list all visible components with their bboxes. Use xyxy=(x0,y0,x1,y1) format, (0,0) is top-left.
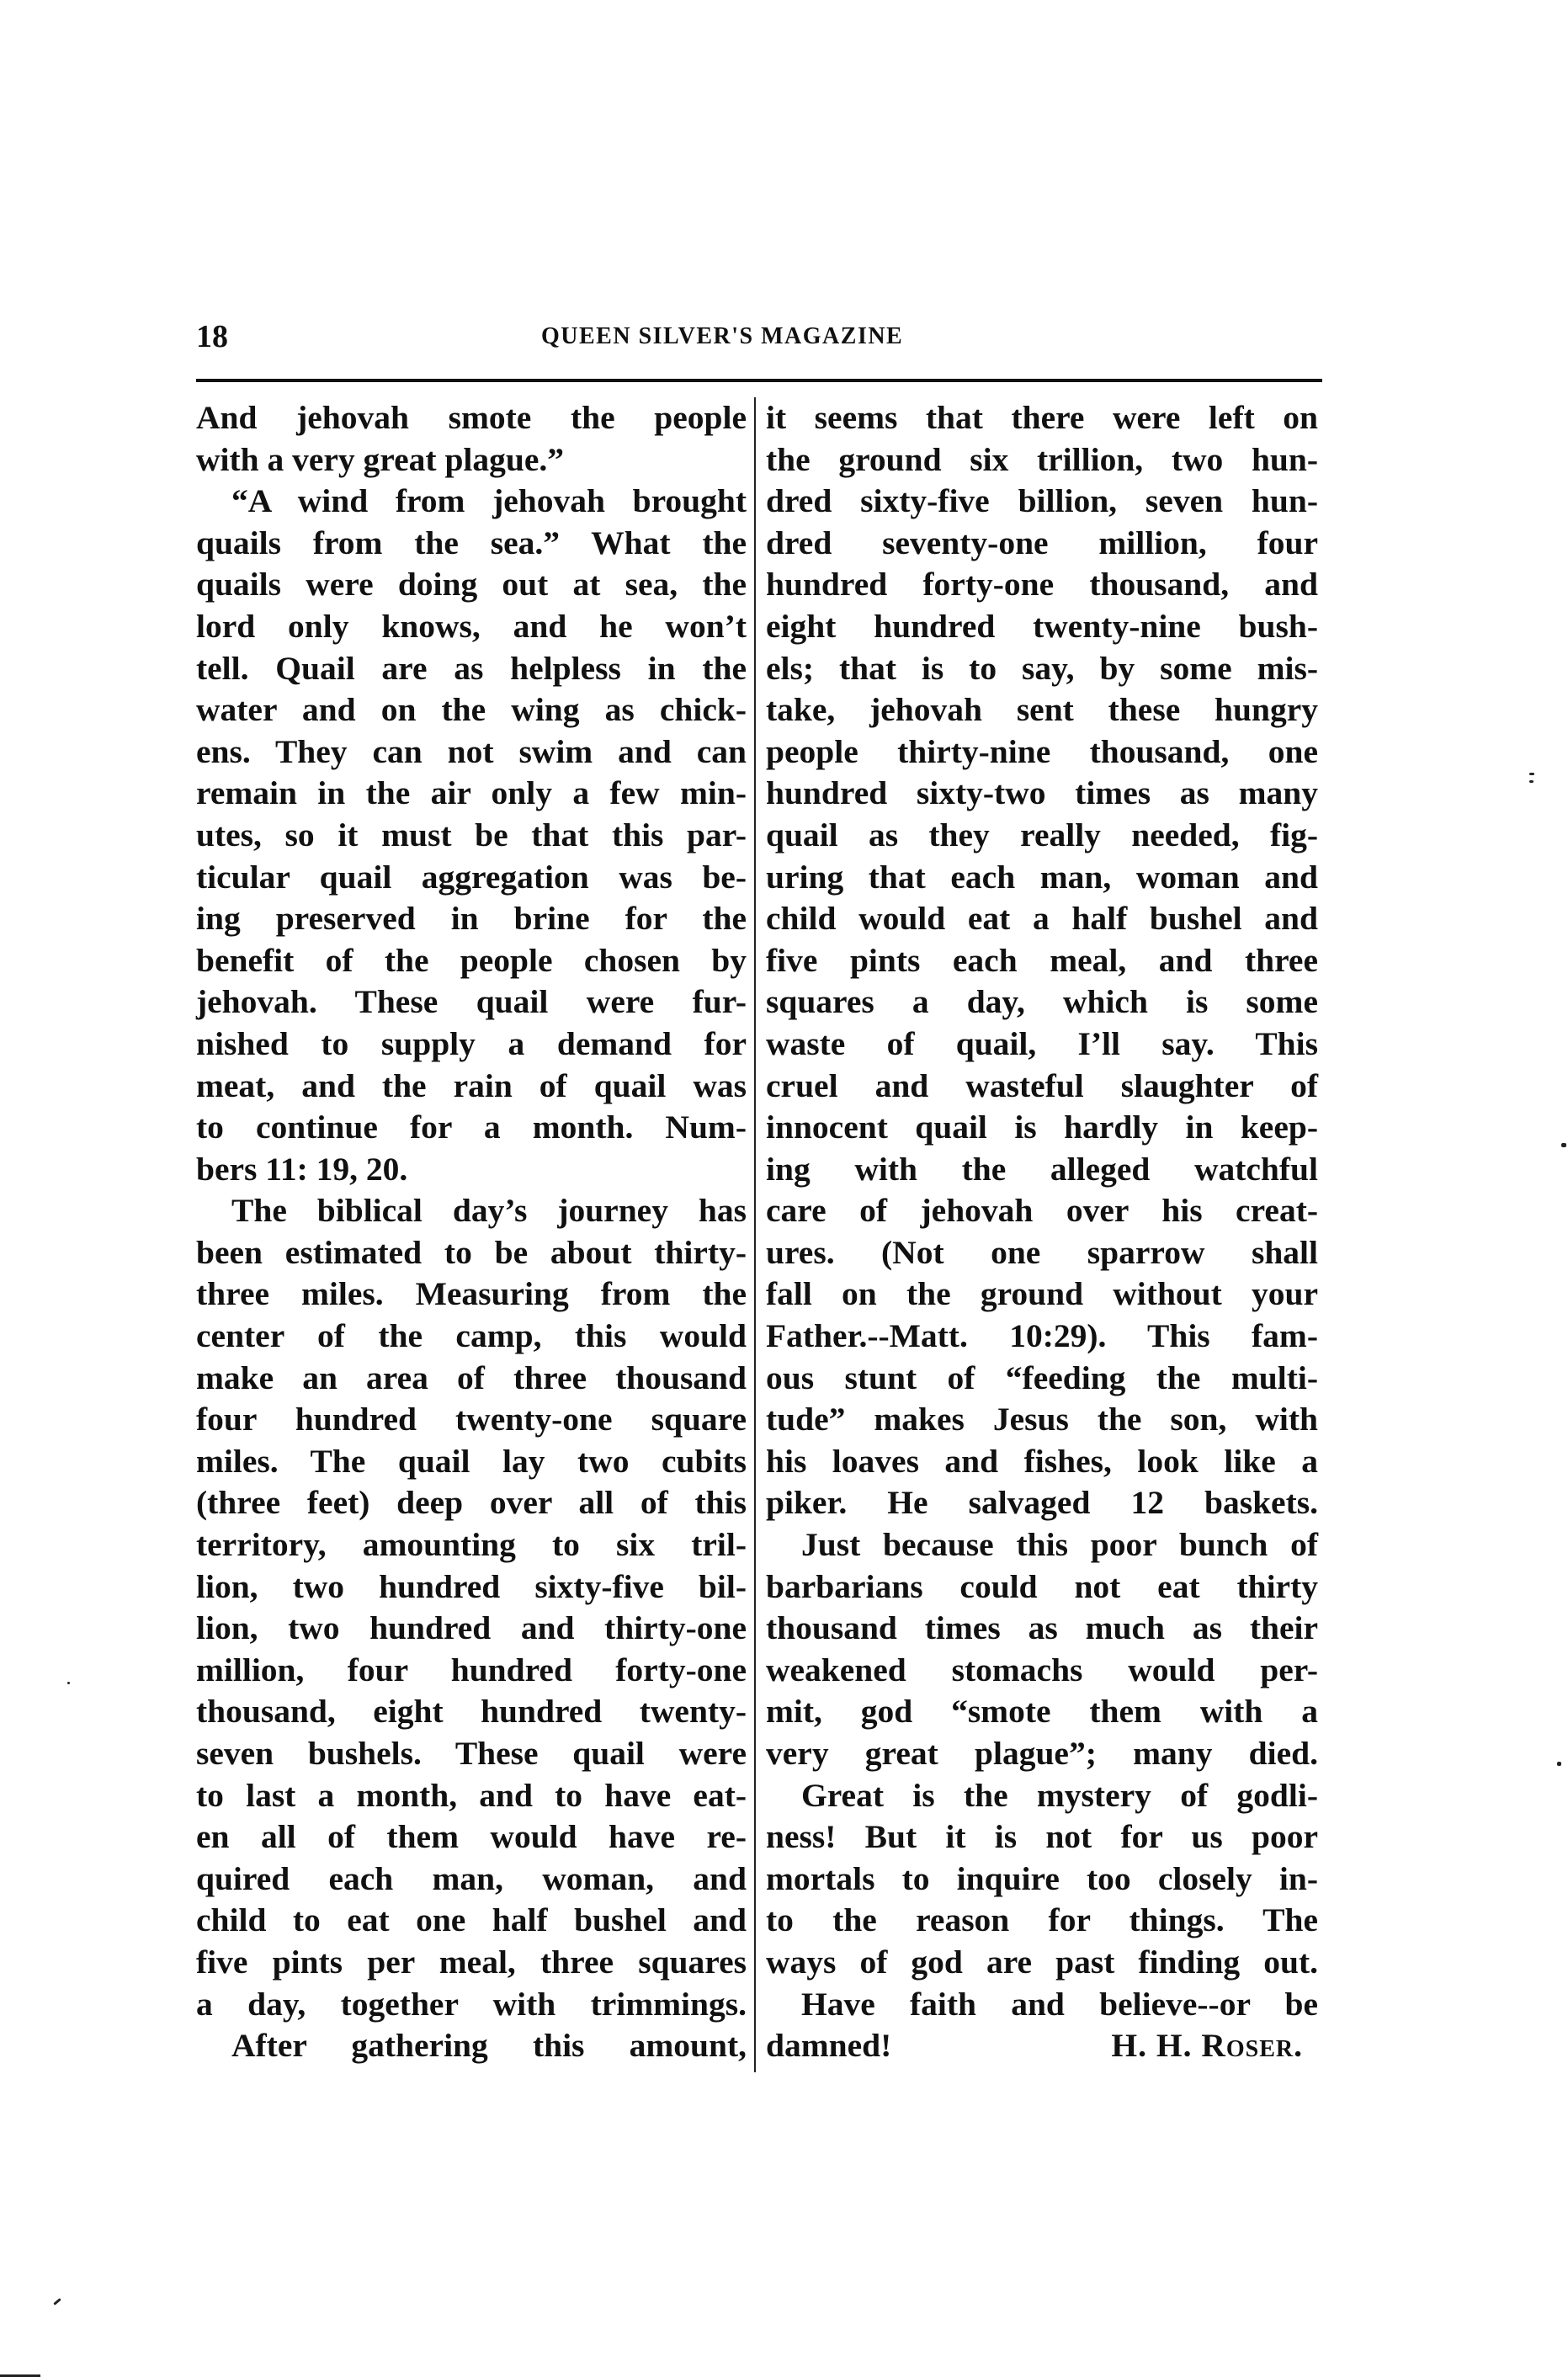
text-line: remain in the air only a few min- xyxy=(196,773,747,815)
scan-speck xyxy=(1561,1143,1566,1147)
text-line: five pints each meal, and three xyxy=(766,940,1318,982)
text-line: eight hundred twenty-nine bush- xyxy=(766,606,1318,648)
text-line: uring that each man, woman and xyxy=(766,857,1318,899)
text-line: been estimated to be about thirty- xyxy=(196,1232,747,1274)
left-column: And jehovah smote the people with a very… xyxy=(196,397,747,2067)
text-line: And jehovah smote the people xyxy=(196,397,747,439)
text-line: five pints per meal, three squares xyxy=(196,1942,747,1984)
text-line: territory, amounting to six tril- xyxy=(196,1524,747,1566)
text-line: lion, two hundred and thirty-one xyxy=(196,1608,747,1650)
paragraph-start-line: After gathering this amount, xyxy=(196,2025,747,2067)
author-signature: H. H. Roser. xyxy=(1111,2025,1303,2067)
text-line: hundred sixty-two times as many xyxy=(766,773,1318,815)
text-line: thousand times as much as their xyxy=(766,1608,1318,1650)
text-line: weakened stomachs would per- xyxy=(766,1650,1318,1692)
text-line: tell. Quail are as helpless in the xyxy=(196,648,747,690)
text-line: dred seventy-one million, four xyxy=(766,523,1318,565)
text-line: ticular quail aggregation was be- xyxy=(196,857,747,899)
column-divider xyxy=(754,397,756,2072)
text-line: four hundred twenty-one square xyxy=(196,1399,747,1441)
text-line: it seems that there were left on xyxy=(766,397,1318,439)
paragraph-start-line: Have faith and believe--or be xyxy=(766,1984,1318,2026)
text-line: bers 11: 19, 20. xyxy=(196,1149,747,1191)
text-line: seven bushels. These quail were xyxy=(196,1733,747,1775)
paragraph-start-line: “A wind from jehovah brought xyxy=(196,481,747,523)
text-line: benefit of the people chosen by xyxy=(196,940,747,982)
text-line: with a very great plague.” xyxy=(196,439,747,481)
text-line: child would eat a half bushel and xyxy=(766,898,1318,940)
text-line: jehovah. These quail were fur- xyxy=(196,981,747,1024)
text-line: ures. (Not one sparrow shall xyxy=(766,1232,1318,1274)
text-line: quails from the sea.” What the xyxy=(196,523,747,565)
closing-word: damned! xyxy=(766,2025,891,2067)
page-header: 18 QUEEN SILVER'S MAGAZINE xyxy=(196,318,1320,360)
text-line: water and on the wing as chick- xyxy=(196,689,747,731)
text-line: hundred forty-one thousand, and xyxy=(766,564,1318,606)
text-line: make an area of three thousand xyxy=(196,1358,747,1400)
text-line: the ground six trillion, two hun- xyxy=(766,439,1318,481)
paragraph-start-line: Just because this poor bunch of xyxy=(766,1524,1318,1566)
text-line: ness! But it is not for us poor xyxy=(766,1816,1318,1859)
scan-speck xyxy=(1557,1762,1561,1766)
text-line: three miles. Measuring from the xyxy=(196,1274,747,1316)
text-line: tude” makes Jesus the son, with xyxy=(766,1399,1318,1441)
text-line: his loaves and fishes, look like a xyxy=(766,1441,1318,1483)
text-line: to the reason for things. The xyxy=(766,1900,1318,1942)
text-line: very great plague”; many died. xyxy=(766,1733,1318,1775)
text-line: lord only knows, and he won’t xyxy=(196,606,747,648)
scan-speck xyxy=(67,1682,70,1684)
scan-speck xyxy=(1529,780,1533,783)
paragraph-start-line: Great is the mystery of godli- xyxy=(766,1775,1318,1817)
text-line: piker. He salvaged 12 baskets. xyxy=(766,1482,1318,1524)
text-line: els; that is to say, by some mis- xyxy=(766,648,1318,690)
text-line: quail as they really needed, fig- xyxy=(766,815,1318,857)
running-title: QUEEN SILVER'S MAGAZINE xyxy=(541,323,903,350)
text-line: utes, so it must be that this par- xyxy=(196,815,747,857)
text-line: child to eat one half bushel and xyxy=(196,1900,747,1942)
text-line: mit, god “smote them with a xyxy=(766,1691,1318,1733)
text-line: ways of god are past finding out. xyxy=(766,1942,1318,1984)
scan-speck xyxy=(1529,773,1534,775)
text-line: lion, two hundred sixty-five bil- xyxy=(196,1566,747,1609)
text-line: a day, together with trimmings. xyxy=(196,1984,747,2026)
text-line: fall on the ground without your xyxy=(766,1274,1318,1316)
text-line: quired each man, woman, and xyxy=(196,1859,747,1901)
text-line: take, jehovah sent these hungry xyxy=(766,689,1318,731)
text-line: dred sixty-five billion, seven hun- xyxy=(766,481,1318,523)
text-line: quails were doing out at sea, the xyxy=(196,564,747,606)
text-line: million, four hundred forty-one xyxy=(196,1650,747,1692)
text-line: ing preserved in brine for the xyxy=(196,898,747,940)
text-line: cruel and wasteful slaughter of xyxy=(766,1066,1318,1108)
page-number: 18 xyxy=(196,318,228,355)
text-line: ens. They can not swim and can xyxy=(196,731,747,774)
text-line: ing with the alleged watchful xyxy=(766,1149,1318,1191)
text-line: people thirty-nine thousand, one xyxy=(766,731,1318,774)
text-line: care of jehovah over his creat- xyxy=(766,1190,1318,1232)
text-line: nished to supply a demand for xyxy=(196,1024,747,1066)
scan-speck xyxy=(53,2298,61,2305)
text-line: (three feet) deep over all of this xyxy=(196,1482,747,1524)
text-line: ous stunt of “feeding the multi- xyxy=(766,1358,1318,1400)
closing-line: damned! H. H. Roser. xyxy=(766,2025,1318,2067)
text-line: thousand, eight hundred twenty- xyxy=(196,1691,747,1733)
text-line: squares a day, which is some xyxy=(766,981,1318,1024)
text-line: to last a month, and to have eat- xyxy=(196,1775,747,1817)
text-line: miles. The quail lay two cubits xyxy=(196,1441,747,1483)
right-column: it seems that there were left on the gro… xyxy=(766,397,1318,2067)
text-line: waste of quail, I’ll say. This xyxy=(766,1024,1318,1066)
text-line: mortals to inquire too closely in- xyxy=(766,1859,1318,1901)
text-line: en all of them would have re- xyxy=(196,1816,747,1859)
text-line: innocent quail is hardly in keep- xyxy=(766,1107,1318,1149)
text-line: meat, and the rain of quail was xyxy=(196,1066,747,1108)
text-line: to continue for a month. Num- xyxy=(196,1107,747,1149)
header-rule xyxy=(196,379,1322,382)
text-line: barbarians could not eat thirty xyxy=(766,1566,1318,1609)
text-line: Father.--Matt. 10:29). This fam- xyxy=(766,1316,1318,1358)
paragraph-start-line: The biblical day’s journey has xyxy=(196,1190,747,1232)
text-line: center of the camp, this would xyxy=(196,1316,747,1358)
